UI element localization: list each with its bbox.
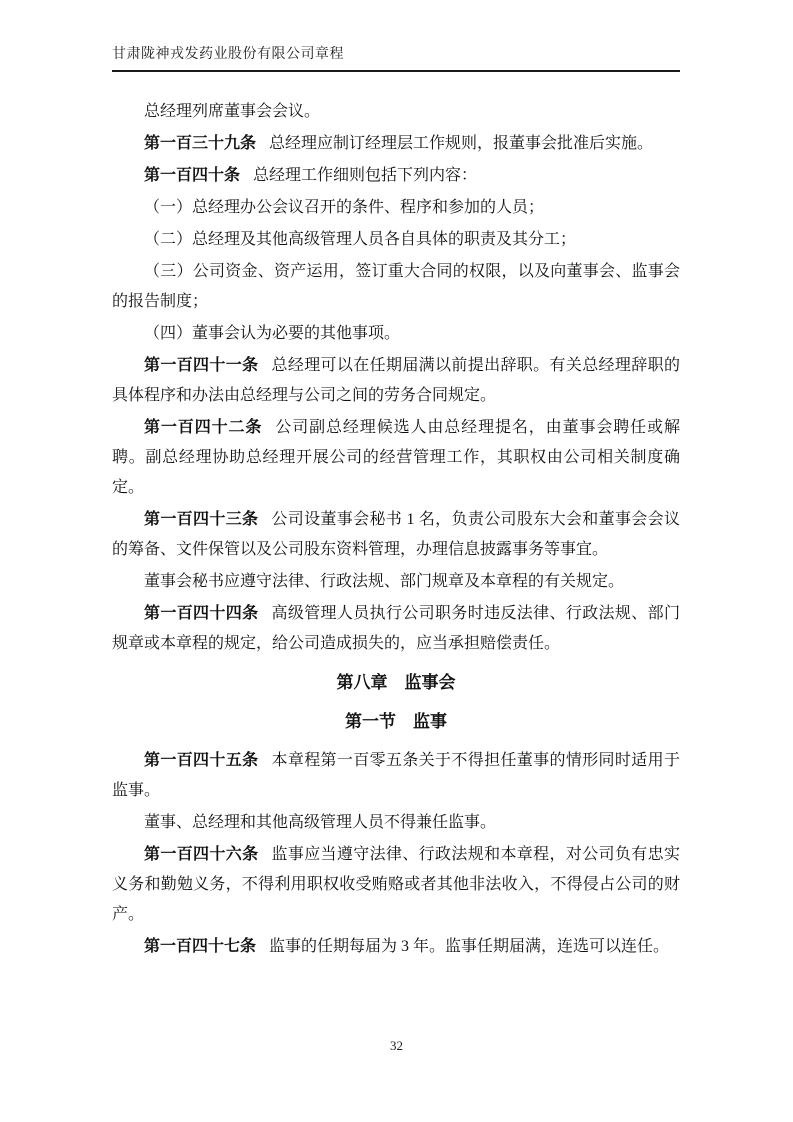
article-141: 第一百四十一条总经理可以在任期届满以前提出辞职。有关总经理辞职的具体程序和办法由… — [112, 351, 680, 411]
article-145: 第一百四十五条本章程第一百零五条关于不得担任董事的情形同时适用于监事。 — [112, 746, 680, 806]
paragraph: 董事、总经理和其他高级管理人员不得兼任监事。 — [112, 808, 680, 838]
article-146: 第一百四十六条监事应当遵守法律、行政法规和本章程，对公司负有忠实义务和勤勉义务，… — [112, 840, 680, 930]
article-number: 第一百四十七条 — [144, 938, 256, 955]
list-item-3: （三）公司资金、资产运用，签订重大合同的权限，以及向董事会、监事会的报告制度； — [112, 257, 680, 317]
document-page: 甘肃陇神戎发药业股份有限公司章程 总经理列席董事会会议。 第一百三十九条总经理应… — [0, 0, 793, 1122]
article-139: 第一百三十九条总经理应制订经理层工作规则，报董事会批准后实施。 — [112, 129, 680, 159]
section-heading: 第一节 监事 — [112, 707, 680, 737]
article-144: 第一百四十四条高级管理人员执行公司职务时违反法律、行政法规、部门规章或本章程的规… — [112, 599, 680, 659]
list-item-1: （一）总经理办公会议召开的条件、程序和参加的人员； — [112, 193, 680, 223]
chapter-heading: 第八章 监事会 — [112, 668, 680, 698]
list-item-4: （四）董事会认为必要的其他事项。 — [112, 319, 680, 349]
article-143: 第一百四十三条公司设董事会秘书 1 名，负责公司股东大会和董事会会议的筹备、文件… — [112, 505, 680, 565]
article-number: 第一百四十条 — [144, 167, 240, 184]
article-number: 第一百四十一条 — [144, 357, 258, 374]
article-text: 总经理应制订经理层工作规则，报董事会批准后实施。 — [269, 135, 653, 152]
article-number: 第一百四十三条 — [144, 511, 258, 528]
article-number: 第一百四十四条 — [144, 605, 258, 622]
article-number: 第一百四十五条 — [144, 752, 258, 769]
article-142: 第一百四十二条公司副总经理候选人由总经理提名，由董事会聘任或解聘。副总经理协助总… — [112, 413, 680, 503]
list-item-2: （二）总经理及其他高级管理人员各自具体的职责及其分工； — [112, 225, 680, 255]
article-text: 监事的任期每届为 3 年。监事任期届满，连选可以连任。 — [269, 938, 669, 955]
article-number: 第一百四十六条 — [144, 846, 258, 863]
document-body: 总经理列席董事会会议。 第一百三十九条总经理应制订经理层工作规则，报董事会批准后… — [112, 97, 680, 964]
page-number: 32 — [0, 1038, 793, 1054]
article-140: 第一百四十条总经理工作细则包括下列内容： — [112, 161, 680, 191]
article-number: 第一百四十二条 — [144, 419, 262, 436]
paragraph: 董事会秘书应遵守法律、行政法规、部门规章及本章程的有关规定。 — [112, 567, 680, 597]
paragraph: 总经理列席董事会会议。 — [112, 97, 680, 127]
article-147: 第一百四十七条监事的任期每届为 3 年。监事任期届满，连选可以连任。 — [112, 932, 680, 962]
article-text: 总经理工作细则包括下列内容： — [253, 167, 477, 184]
article-number: 第一百三十九条 — [144, 135, 256, 152]
page-header-title: 甘肃陇神戎发药业股份有限公司章程 — [112, 46, 680, 72]
